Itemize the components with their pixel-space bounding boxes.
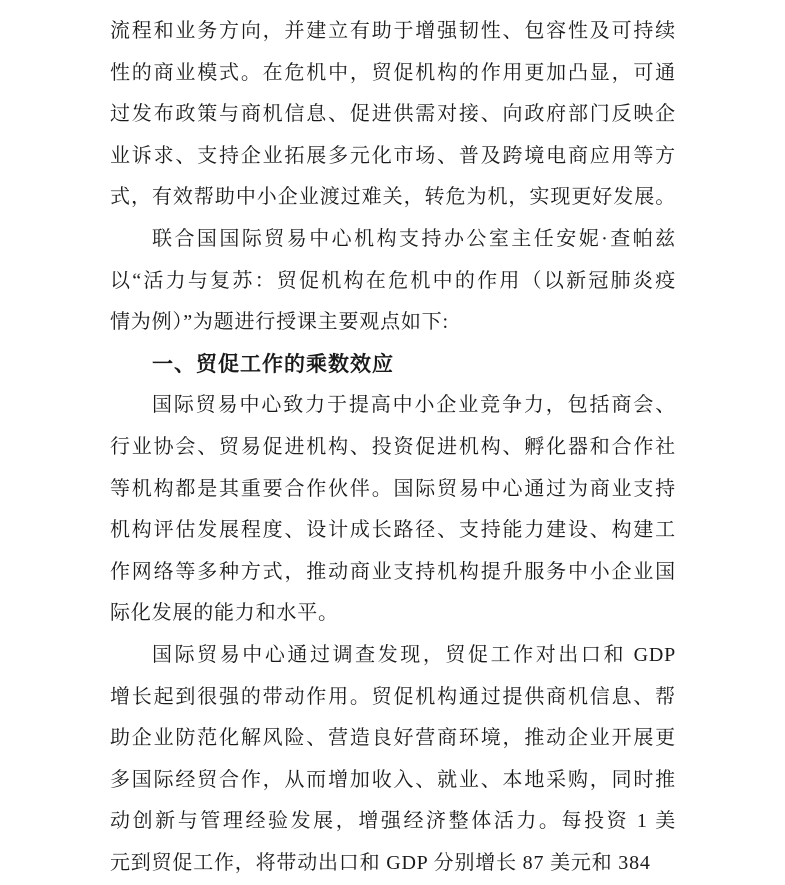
text-line: 元到贸促工作，将带动出口和 GDP 分别增长 87 美元和 384: [110, 843, 676, 885]
text-line: 以“活力与复苏：贸促机构在危机中的作用（以新冠肺炎疫: [110, 261, 676, 303]
text-line: 性的商业模式。在危机中，贸促机构的作用更加凸显，可通: [110, 53, 676, 95]
text-line: 际化发展的能力和水平。: [110, 593, 676, 635]
text-line: 机构评估发展程度、设计成长路径、支持能力建设、构建工: [110, 510, 676, 552]
text-line: 助企业防范化解风险、营造良好营商环境，推动企业开展更: [110, 718, 676, 760]
text-line: 国际贸易中心通过调查发现，贸促工作对出口和 GDP: [110, 635, 676, 677]
text-line: 业诉求、支持企业拓展多元化市场、普及跨境电商应用等方: [110, 136, 676, 178]
text-line: 多国际经贸合作，从而增加收入、就业、本地采购，同时推: [110, 760, 676, 802]
text-line: 行业协会、贸易促进机构、投资促进机构、孵化器和合作社: [110, 427, 676, 469]
text-block: 流程和业务方向，并建立有助于增强韧性、包容性及可持续 性的商业模式。在危机中，贸…: [110, 11, 676, 884]
text-line: 动创新与管理经验发展，增强经济整体活力。每投资 1 美: [110, 801, 676, 843]
document-page: 流程和业务方向，并建立有助于增强韧性、包容性及可持续 性的商业模式。在危机中，贸…: [0, 0, 785, 885]
text-line: 式，有效帮助中小企业渡过难关，转危为机，实现更好发展。: [110, 177, 676, 219]
text-line: 情为例）”为题进行授课主要观点如下:: [110, 302, 676, 344]
text-line: 过发布政策与商机信息、促进供需对接、向政府部门反映企: [110, 94, 676, 136]
text-line: 国际贸易中心致力于提高中小企业竞争力，包括商会、: [110, 385, 676, 427]
text-line: 等机构都是其重要合作伙伴。国际贸易中心通过为商业支持: [110, 469, 676, 511]
text-line: 流程和业务方向，并建立有助于增强韧性、包容性及可持续: [110, 11, 676, 53]
text-line: 作网络等多种方式，推动商业支持机构提升服务中小企业国: [110, 552, 676, 594]
section-heading: 一、贸促工作的乘数效应: [110, 344, 676, 386]
text-line: 增长起到很强的带动作用。贸促机构通过提供商机信息、帮: [110, 677, 676, 719]
text-line: 联合国国际贸易中心机构支持办公室主任安妮·查帕兹: [110, 219, 676, 261]
